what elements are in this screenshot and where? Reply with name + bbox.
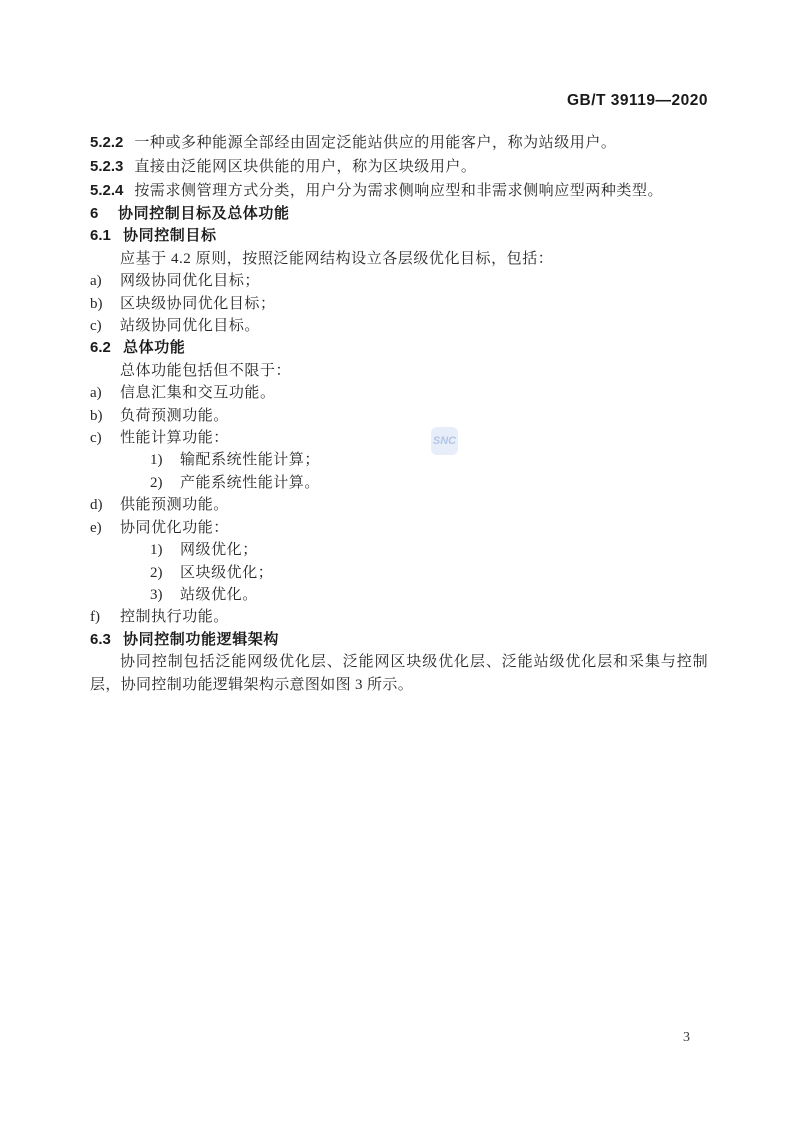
list-item: b)区块级协同优化目标； bbox=[90, 293, 708, 315]
clause-5-2-2: 5.2.2一种或多种能源全部经由固定泛能站供应的用能客户，称为站级用户。 bbox=[90, 131, 708, 155]
item-label: a) bbox=[90, 382, 120, 404]
item-label: a) bbox=[90, 270, 120, 292]
section-6-2-heading: 6.2总体功能 bbox=[90, 337, 708, 359]
item-text: 负荷预测功能。 bbox=[120, 408, 229, 424]
section-number: 6.3 bbox=[90, 629, 123, 651]
item-label: e) bbox=[90, 517, 120, 539]
item-text: 输配系统性能计算； bbox=[180, 452, 320, 468]
clause-text: 直接由泛能网区块供能的用户，称为区块级用户。 bbox=[134, 159, 476, 175]
section-title: 协同控制目标及总体功能 bbox=[118, 205, 290, 222]
watermark-badge: SNC bbox=[431, 427, 458, 455]
item-text: 信息汇集和交互功能。 bbox=[120, 385, 276, 401]
standard-code-header: GB/T 39119—2020 bbox=[0, 92, 708, 110]
document-page: GB/T 39119—2020 5.2.2一种或多种能源全部经由固定泛能站供应的… bbox=[0, 0, 794, 1122]
section-title: 协同控制目标 bbox=[123, 227, 217, 244]
list-item: c)站级协同优化目标。 bbox=[90, 315, 708, 337]
intro-paragraph: 应基于 4.2 原则，按照泛能网结构设立各层级优化目标，包括： bbox=[90, 248, 708, 270]
item-label: f) bbox=[90, 606, 120, 628]
section-number: 6 bbox=[90, 203, 118, 225]
item-label: c) bbox=[90, 427, 120, 449]
clause-text: 一种或多种能源全部经由固定泛能站供应的用能客户，称为站级用户。 bbox=[134, 135, 616, 151]
clause-number: 5.2.4 bbox=[90, 182, 123, 199]
list-subitem: 3)站级优化。 bbox=[90, 584, 708, 606]
section-number: 6.2 bbox=[90, 337, 123, 359]
list-item: b)负荷预测功能。 bbox=[90, 405, 708, 427]
list-item: d)供能预测功能。 bbox=[90, 494, 708, 516]
list-item: a)信息汇集和交互功能。 bbox=[90, 382, 708, 404]
item-text: 性能计算功能： bbox=[120, 430, 229, 446]
item-text: 供能预测功能。 bbox=[120, 497, 229, 513]
clause-text: 按需求侧管理方式分类，用户分为需求侧响应型和非需求侧响应型两种类型。 bbox=[134, 183, 663, 199]
item-text: 站级优化。 bbox=[180, 587, 258, 603]
item-label: 3) bbox=[150, 584, 180, 606]
item-label: b) bbox=[90, 405, 120, 427]
item-text: 网级优化； bbox=[180, 542, 258, 558]
list-subitem: 2)区块级优化； bbox=[90, 562, 708, 584]
section-number: 6.1 bbox=[90, 225, 123, 247]
item-label: 2) bbox=[150, 562, 180, 584]
section-title: 协同控制功能逻辑架构 bbox=[123, 631, 279, 648]
item-text: 产能系统性能计算。 bbox=[180, 475, 320, 491]
item-text: 协同优化功能： bbox=[120, 520, 229, 536]
section-6-3-heading: 6.3协同控制功能逻辑架构 bbox=[90, 629, 708, 651]
clause-5-2-3: 5.2.3直接由泛能网区块供能的用户，称为区块级用户。 bbox=[90, 155, 708, 179]
page-number: 3 bbox=[683, 1030, 690, 1046]
item-label: b) bbox=[90, 293, 120, 315]
item-text: 区块级优化； bbox=[180, 565, 273, 581]
item-text: 网级协同优化目标； bbox=[120, 273, 260, 289]
item-label: c) bbox=[90, 315, 120, 337]
list-item: e)协同优化功能： bbox=[90, 517, 708, 539]
list-item: a)网级协同优化目标； bbox=[90, 270, 708, 292]
clause-number: 5.2.3 bbox=[90, 158, 123, 175]
intro-paragraph: 总体功能包括但不限于： bbox=[90, 360, 708, 382]
list-item: c)性能计算功能： bbox=[90, 427, 708, 449]
section-6-heading: 6协同控制目标及总体功能 bbox=[90, 203, 708, 225]
clause-5-2-4: 5.2.4按需求侧管理方式分类，用户分为需求侧响应型和非需求侧响应型两种类型。 bbox=[90, 179, 708, 203]
list-subitem: 1)网级优化； bbox=[90, 539, 708, 561]
item-text: 控制执行功能。 bbox=[120, 609, 229, 625]
item-text: 区块级协同优化目标； bbox=[120, 296, 276, 312]
content-column: 5.2.2一种或多种能源全部经由固定泛能站供应的用能客户，称为站级用户。 5.2… bbox=[90, 131, 708, 696]
item-label: 1) bbox=[150, 539, 180, 561]
section-6-1-heading: 6.1协同控制目标 bbox=[90, 225, 708, 247]
list-subitem: 1)输配系统性能计算； bbox=[90, 449, 708, 471]
item-label: 2) bbox=[150, 472, 180, 494]
list-subitem: 2)产能系统性能计算。 bbox=[90, 472, 708, 494]
item-text: 站级协同优化目标。 bbox=[120, 318, 260, 334]
section-title: 总体功能 bbox=[123, 339, 185, 356]
item-label: 1) bbox=[150, 449, 180, 471]
list-item: f)控制执行功能。 bbox=[90, 606, 708, 628]
clause-number: 5.2.2 bbox=[90, 134, 123, 151]
item-label: d) bbox=[90, 494, 120, 516]
body-paragraph: 协同控制包括泛能网级优化层、泛能网区块级优化层、泛能站级优化层和采集与控制层，协… bbox=[90, 651, 708, 696]
